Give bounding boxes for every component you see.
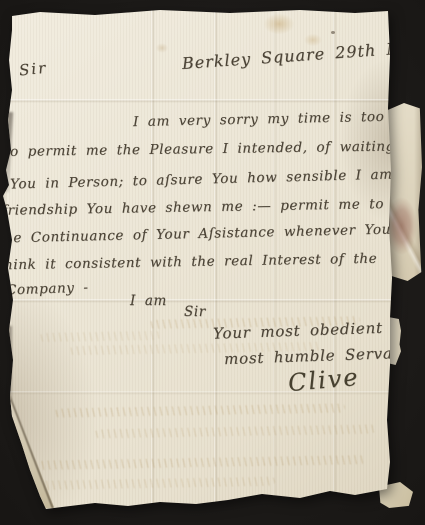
letter-paper-shadow: Berkley Square 29th May 17 Sir I am very… — [0, 0, 425, 525]
folded-corner-edge — [8, 394, 54, 509]
horizontal-crease — [0, 299, 425, 303]
letter-paper: Berkley Square 29th May 17 Sir I am very… — [0, 0, 425, 525]
body-line-2: to permit me the Pleasure I intended, of… — [4, 138, 422, 160]
salutation: Sir — [18, 59, 48, 80]
closing-i-am: I am — [130, 293, 167, 309]
closing-sir: Sir — [184, 304, 206, 320]
ink-bleedthrough — [40, 331, 160, 342]
photo-of-letter: Berkley Square 29th May 17 Sir I am very… — [0, 0, 425, 525]
ink-bleedthrough — [15, 477, 275, 491]
ink-bleedthrough — [55, 403, 345, 417]
body-line-1: I am very sorry my time is too shor — [133, 108, 425, 130]
horizontal-crease — [0, 391, 425, 395]
ink-specks — [205, 4, 209, 7]
ink-bleedthrough — [35, 455, 365, 470]
body-line-7: Company - — [6, 280, 89, 299]
body-line-6: think it consistent with the real Intere… — [0, 251, 377, 274]
horizontal-crease — [0, 99, 425, 103]
